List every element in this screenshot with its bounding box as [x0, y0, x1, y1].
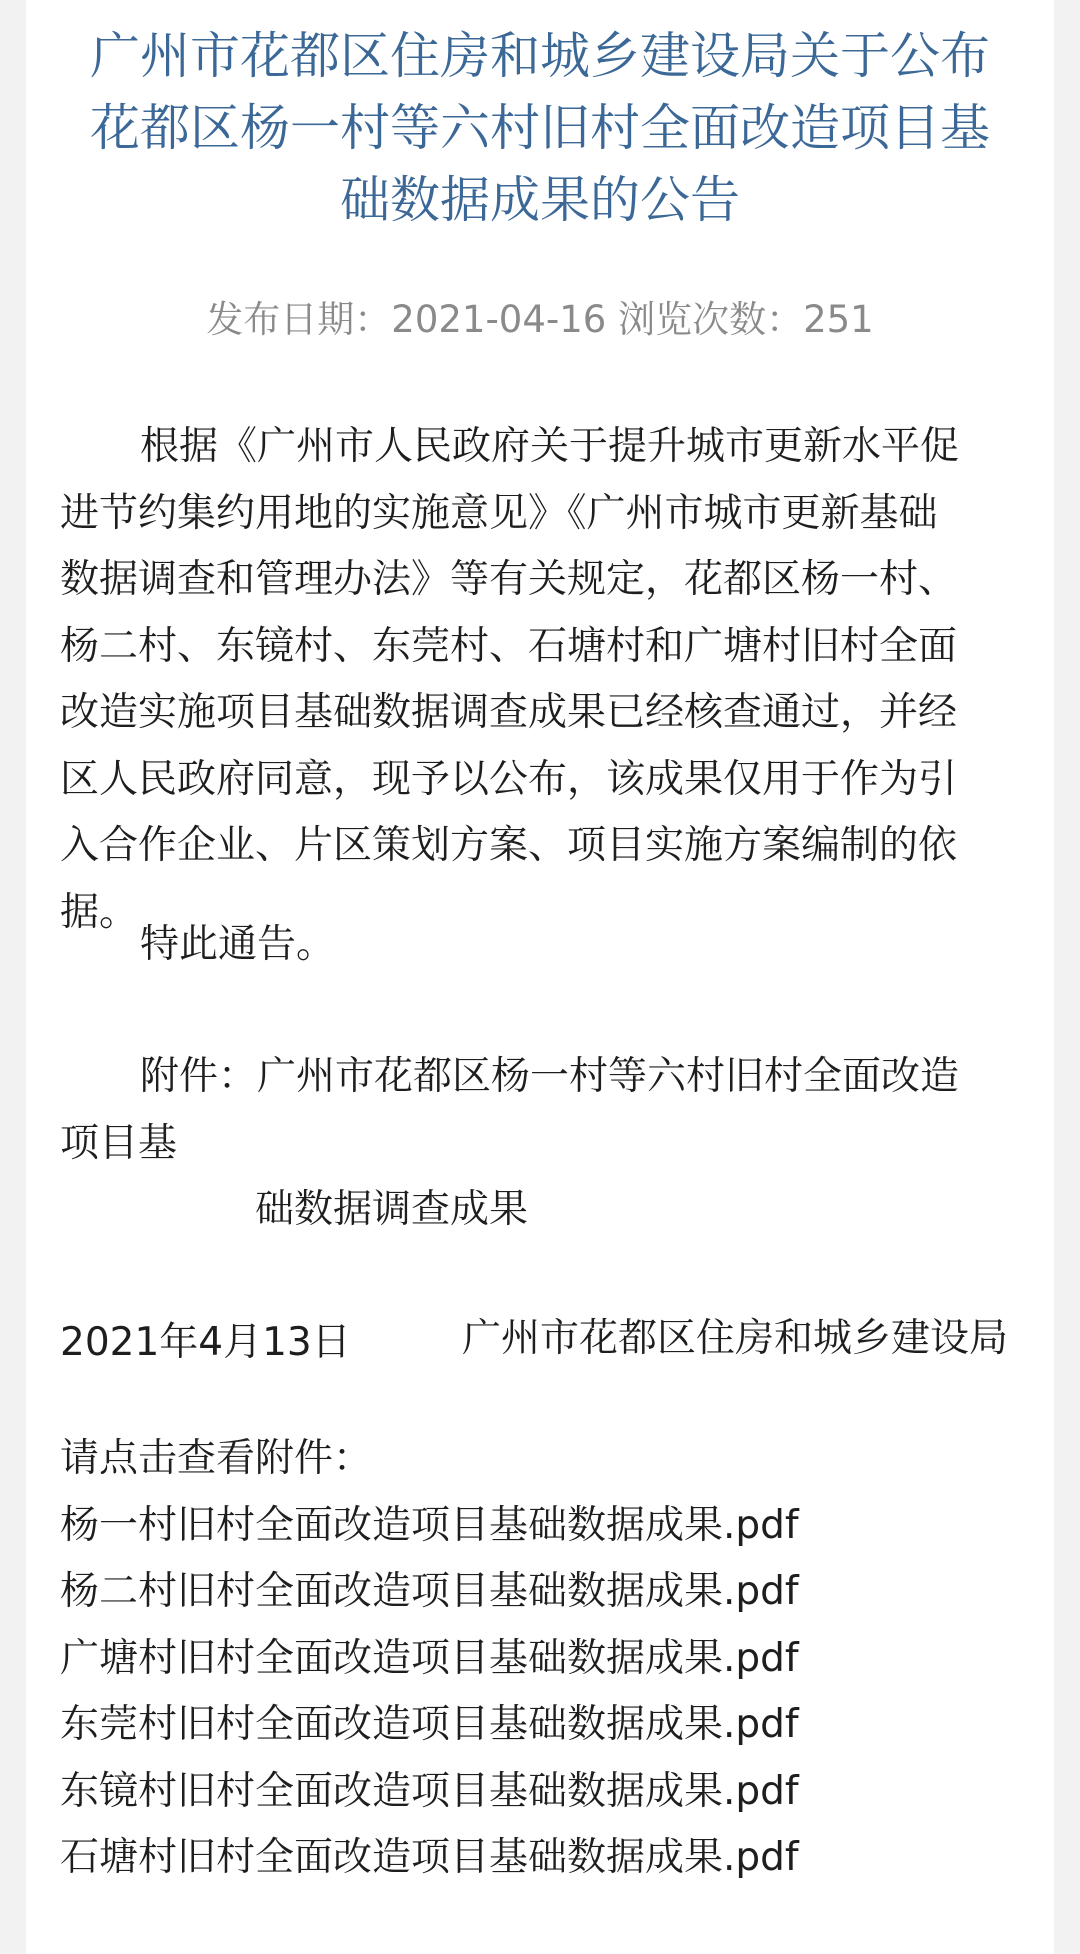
sign-date-block: 2021年4月13日: [60, 1310, 1020, 1377]
view-count-label: 浏览次数：: [618, 298, 803, 341]
attachment-file-link[interactable]: 杨一村旧村全面改造项目基础数据成果.pdf: [60, 1493, 1020, 1560]
attachment-file-link[interactable]: 石塘村旧村全面改造项目基础数据成果.pdf: [60, 1825, 1020, 1892]
attachment-file-link[interactable]: 杨二村旧村全面改造项目基础数据成果.pdf: [60, 1559, 1020, 1626]
publish-date-value: 2021-04-16: [391, 298, 606, 341]
body-paragraph: 根据《广州市人民政府关于提升城市更新水平促 进节约集约用地的实施意见》《广州市城…: [60, 414, 1020, 946]
view-count-value: 251: [803, 298, 874, 341]
body-line: 进节约集约用地的实施意见》《广州市城市更新基础: [60, 481, 1020, 548]
attachment-line: 项目基: [60, 1111, 1020, 1178]
body-line: 数据调查和管理办法》等有关规定，花都区杨一村、: [60, 547, 1020, 614]
body-line: 杨二村、东镜村、东莞村、石塘村和广塘村旧村全面: [60, 614, 1020, 681]
closing-text: 特此通告。: [60, 912, 1020, 979]
notice-closing: 特此通告。: [60, 912, 1020, 979]
attachment-file-link[interactable]: 东镜村旧村全面改造项目基础数据成果.pdf: [60, 1759, 1020, 1826]
page-title: 广州市花都区住房和城乡建设局关于公布 花都区杨一村等六村旧村全面改造项目基 础数…: [26, 20, 1054, 236]
attachments-section: 请点击查看附件： 杨一村旧村全面改造项目基础数据成果.pdf 杨二村旧村全面改造…: [60, 1426, 1020, 1892]
title-line: 花都区杨一村等六村旧村全面改造项目基: [26, 92, 1054, 164]
body-line: 区人民政府同意，现予以公布，该成果仅用于作为引: [60, 747, 1020, 814]
title-line: 广州市花都区住房和城乡建设局关于公布: [26, 20, 1054, 92]
attachment-file-list: 杨一村旧村全面改造项目基础数据成果.pdf 杨二村旧村全面改造项目基础数据成果.…: [60, 1493, 1020, 1892]
attachment-line: 础数据调查成果: [60, 1177, 1020, 1244]
body-line: 入合作企业、片区策划方案、项目实施方案编制的依: [60, 813, 1020, 880]
attachment-line: 附件：广州市花都区杨一村等六村旧村全面改造: [60, 1044, 1020, 1111]
title-line: 础数据成果的公告: [26, 164, 1054, 236]
body-line: 改造实施项目基础数据调查成果已经核查通过，并经: [60, 680, 1020, 747]
article-meta: 发布日期：2021-04-16 浏览次数：251: [26, 296, 1054, 344]
attachments-prompt: 请点击查看附件：: [60, 1426, 1020, 1493]
sign-date: 2021年4月13日: [60, 1310, 1020, 1377]
publish-date-label: 发布日期：: [206, 298, 391, 341]
article-card: 广州市花都区住房和城乡建设局关于公布 花都区杨一村等六村旧村全面改造项目基 础数…: [26, 0, 1054, 1954]
attachment-note: 附件：广州市花都区杨一村等六村旧村全面改造 项目基 础数据调查成果: [60, 1044, 1020, 1244]
body-line: 根据《广州市人民政府关于提升城市更新水平促: [60, 414, 1020, 481]
attachment-file-link[interactable]: 东莞村旧村全面改造项目基础数据成果.pdf: [60, 1692, 1020, 1759]
attachment-file-link[interactable]: 广塘村旧村全面改造项目基础数据成果.pdf: [60, 1626, 1020, 1693]
